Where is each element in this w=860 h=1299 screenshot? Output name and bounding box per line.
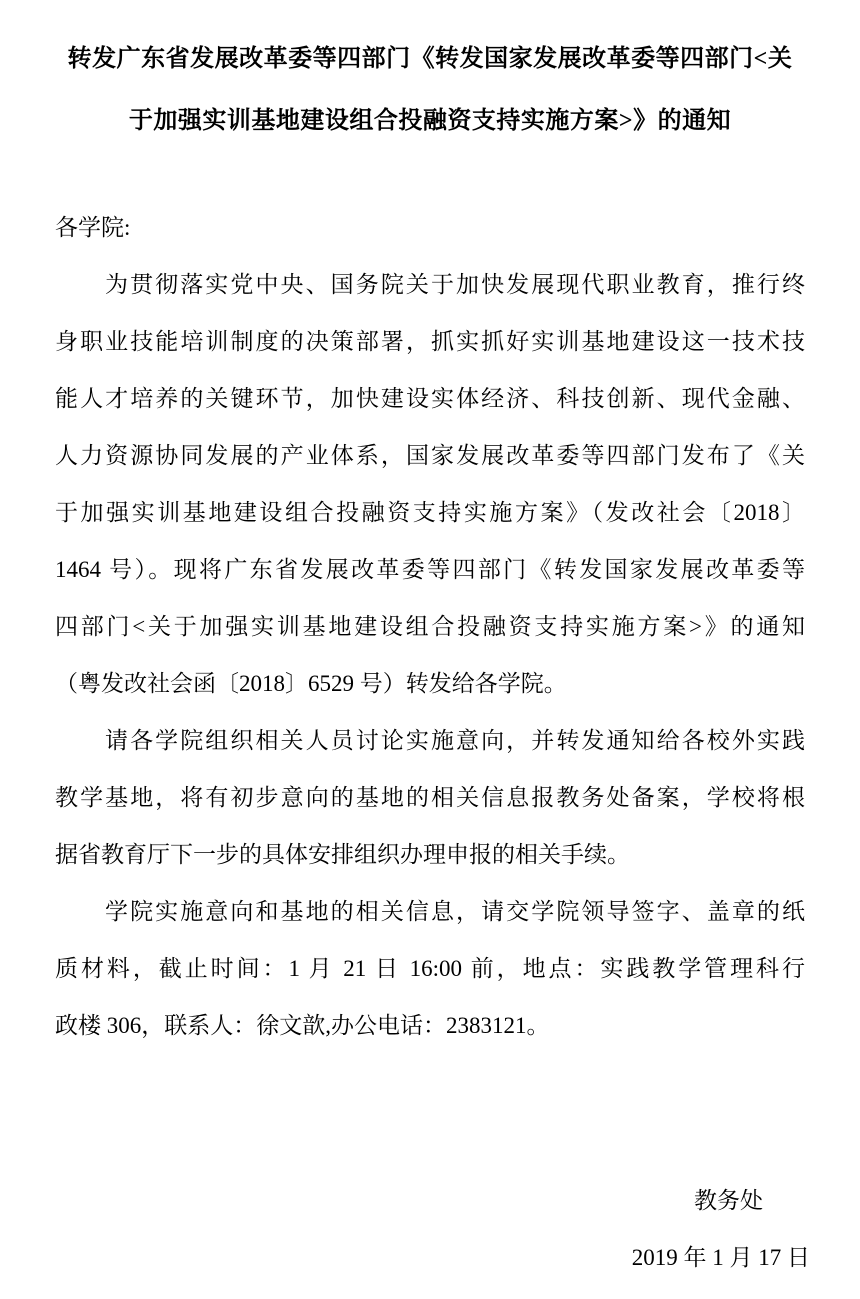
- paragraph-3-line-1: 学院实施意向和基地的相关信息，请交学院领导签字、盖章的纸: [55, 883, 805, 940]
- paragraph-1-line-1: 为贯彻落实党中央、国务院关于加快发展现代职业教育，推行终: [55, 256, 805, 313]
- paragraph-1-line-2: 身职业技能培训制度的决策部署，抓实抓好实训基地建设这一技术技: [55, 313, 805, 370]
- paragraph-2-line-1: 请各学院组织相关人员讨论实施意向，并转发通知给各校外实践: [55, 712, 805, 769]
- paragraph-1-line-3: 能人才培养的关键环节，加快建设实体经济、科技创新、现代金融、: [55, 370, 805, 427]
- salutation: 各学院:: [55, 199, 805, 256]
- paragraph-1-line-5: 于加强实训基地建设组合投融资支持实施方案》（发改社会〔2018〕: [55, 484, 805, 541]
- paragraph-3-line-3: 政楼 306，联系人：徐文歆,办公电话：2383121。: [55, 997, 805, 1054]
- signature-date: 2019 年 1 月 17 日: [0, 1229, 860, 1286]
- paragraph-2-line-3: 据省教育厅下一步的具体安排组织办理申报的相关手续。: [55, 826, 805, 883]
- document-title: 转发广东省发展改革委等四部门《转发国家发展改革委等四部门<关 于加强实训基地建设…: [0, 0, 860, 152]
- paragraph-1-line-7: 四部门<关于加强实训基地建设组合投融资支持实施方案>》的通知: [55, 598, 805, 655]
- paragraph-3-line-2: 质材料，截止时间：1 月 21 日 16:00 前，地点：实践教学管理科行: [55, 940, 805, 997]
- paragraph-2-line-2: 教学基地，将有初步意向的基地的相关信息报教务处备案，学校将根: [55, 769, 805, 826]
- title-line-2: 于加强实训基地建设组合投融资支持实施方案>》的通知: [0, 90, 860, 152]
- document-page: 转发广东省发展改革委等四部门《转发国家发展改革委等四部门<关 于加强实训基地建设…: [0, 0, 860, 1299]
- paragraph-1-line-4: 人力资源协同发展的产业体系，国家发展改革委等四部门发布了《关: [55, 427, 805, 484]
- signature-department: 教务处: [0, 1172, 860, 1229]
- title-line-1: 转发广东省发展改革委等四部门《转发国家发展改革委等四部门<关: [0, 28, 860, 90]
- document-body: 各学院: 为贯彻落实党中央、国务院关于加快发展现代职业教育，推行终 身职业技能培…: [0, 199, 860, 1054]
- paragraph-1-line-6: 1464 号）。现将广东省发展改革委等四部门《转发国家发展改革委等: [55, 541, 805, 598]
- paragraph-1-line-8: （粤发改社会函〔2018〕6529 号）转发给各学院。: [55, 655, 805, 712]
